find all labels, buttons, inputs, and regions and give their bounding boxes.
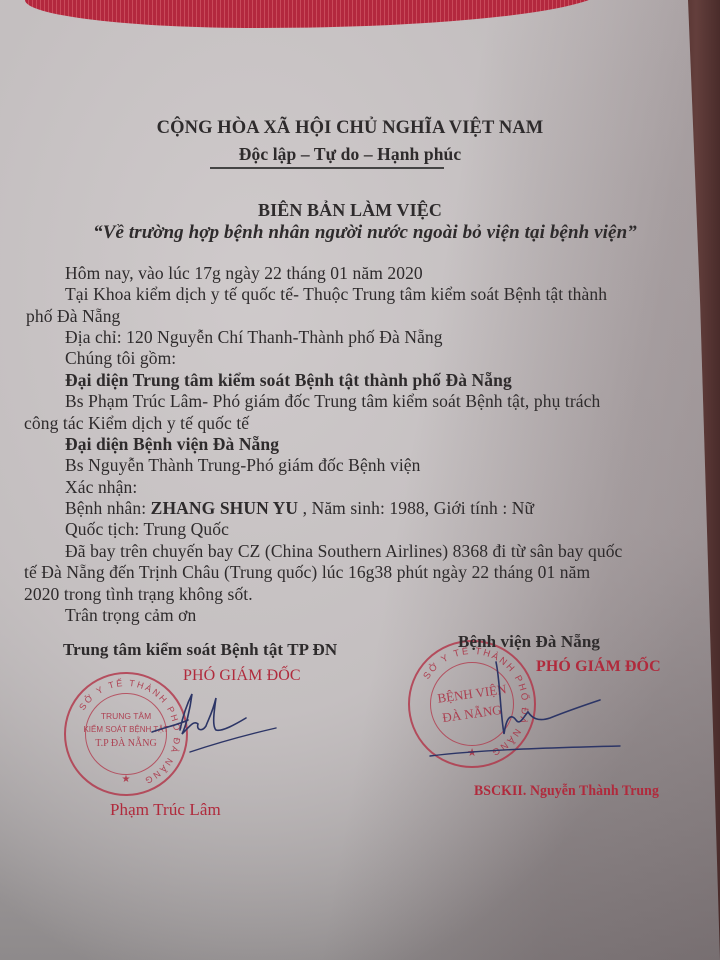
nation-heading: CỘNG HÒA XÃ HỘI CHỦ NGHĨA VIỆT NAM [0,118,700,139]
patient-name: ZHANG SHUN YU [151,498,298,518]
body-line-closing: Trân trọng cảm ơn [65,605,196,626]
right-handwritten-signature [420,660,640,760]
nation-motto: Độc lập – Tự do – Hạnh phúc [0,144,700,165]
body-line-time: Hôm nay, vào lúc 17g ngày 22 tháng 01 nă… [65,263,423,284]
left-signatory-position: PHÓ GIÁM ĐỐC [183,667,301,685]
rep2-line-1: Bs Nguyễn Thành Trung-Phó giám đốc Bệnh … [65,455,421,476]
body-line-patient: Bệnh nhân: ZHANG SHUN YU , Năm sinh: 198… [65,498,534,519]
right-signatory-org: Bệnh viện Đà Nẵng [458,632,600,652]
rep1-line-1: Bs Phạm Trúc Lâm- Phó giám đốc Trung tâm… [65,391,600,412]
rep1-line-2: công tác Kiểm dịch y tế quốc tế [24,413,249,434]
rep2-heading: Đại diện Bệnh viện Đà Nẵng [65,434,279,455]
body-line-flight-3: 2020 trong tình trạng không sốt. [24,584,253,605]
motto-underline [210,167,444,169]
body-line-location-1: Tại Khoa kiểm dịch y tế quốc tế- Thuộc T… [65,284,607,305]
body-line-members: Chúng tôi gồm: [65,348,176,369]
document-title: BIÊN BẢN LÀM VIỆC [0,200,700,221]
rep1-heading: Đại diện Trung tâm kiểm soát Bệnh tật th… [65,370,512,391]
body-line-flight-2: tế Đà Nẵng đến Trịnh Châu (Trung quốc) l… [24,562,590,583]
patient-details: , Năm sinh: 1988, Giới tính : Nữ [298,498,534,518]
body-line-nationality: Quốc tịch: Trung Quốc [65,519,229,540]
body-line-flight-1: Đã bay trên chuyến bay CZ (China Souther… [65,541,622,562]
patient-label: Bệnh nhân: [65,498,151,518]
body-line-location-2: phố Đà Nẵng [26,306,120,327]
body-line-address: Địa chỉ: 120 Nguyễn Chí Thanh-Thành phố … [65,327,443,348]
document: CỘNG HÒA XÃ HỘI CHỦ NGHĨA VIỆT NAM Độc l… [0,0,720,960]
left-stamp-star: ★ [66,774,186,785]
document-subtitle: “Về trường hợp bệnh nhân người nước ngoà… [20,222,710,244]
right-signatory-name: BSCKII. Nguyễn Thành Trung [474,783,659,800]
body-line-confirm: Xác nhận: [65,477,137,498]
left-handwritten-signature [150,690,290,770]
left-signatory-org: Trung tâm kiểm soát Bệnh tật TP ĐN [63,640,337,660]
left-signatory-name: Phạm Trúc Lâm [110,800,221,820]
